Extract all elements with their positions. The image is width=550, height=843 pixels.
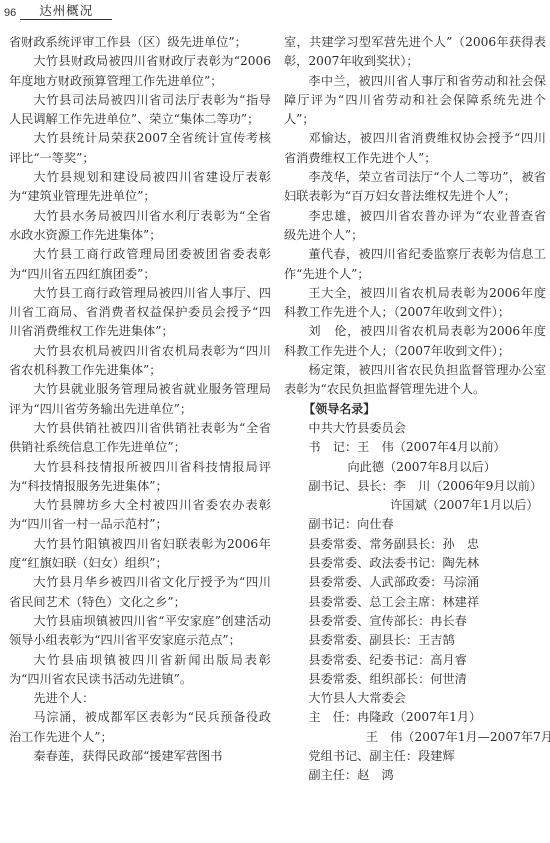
- paragraph: 秦春莲，获得民政部“援建军营图书: [9, 747, 271, 766]
- left-column: 省财政系统评审工作县（区）级先进单位”； 大竹县财政局被四川省财政厅表彰为“20…: [9, 33, 271, 766]
- paragraph: 省财政系统评审工作县（区）级先进单位”；: [9, 33, 271, 52]
- running-title: 达州概况: [20, 4, 112, 20]
- paragraph: 大竹县司法局被四川省司法厅表彰为“指导人民调解工作先进单位”、荣立“集体二等功”…: [9, 91, 271, 130]
- leader-entry: 向此德（2007年8月以后）: [284, 458, 546, 477]
- paragraph: 大竹县工商行政管理局团委被团省委表彰为“四川省五四红旗团委”；: [9, 245, 271, 284]
- paragraph: 大竹县供销社被四川省供销社表彰为“全省供销社系统信息工作先进单位”；: [9, 419, 271, 458]
- leader-entry: 县委常委、常务副县长：孙 忠: [284, 535, 546, 554]
- right-column: 室，共建学习型军营先进个人”（2006年获得表彰，2007年收到奖状）； 李中兰…: [284, 33, 546, 786]
- paragraph: 大竹县农机局被四川省农机局表彰为“四川省农机科教工作先进集体”；: [9, 342, 271, 381]
- paragraph: 邓愉达，被四川省消费维权协会授予“四川省消费维权工作先进个人”；: [284, 129, 546, 168]
- paragraph: 大竹县规划和建设局被四川省建设厅表彰为“建筑业管理先进单位”；: [9, 168, 271, 207]
- paragraph: 马淙涌，被成都军区表彰为“民兵预备役政治工作先进个人”；: [9, 708, 271, 747]
- paragraph: 李中兰，被四川省人事厅和省劳动和社会保障厅评为“四川省劳动和社会保障系统先进个人…: [284, 72, 546, 130]
- paragraph: 大竹县科技情报所被四川省科技情报局评为“科技情报服务先进集体”；: [9, 458, 271, 497]
- leader-entry: 许国斌（2007年1月以后）: [284, 496, 546, 515]
- leader-entry: 县委常委、纪委书记：高月睿: [284, 651, 546, 670]
- subheading-advanced-individuals: 先进个人：: [9, 689, 271, 708]
- paragraph: 李忠雄，被四川省农普办评为“农业普查省级先进个人”；: [284, 207, 546, 246]
- page-header: 96 达州概况: [4, 2, 112, 20]
- paragraph: 大竹县统计局荣获2007全省统计宣传考核评比“一等奖”；: [9, 129, 271, 168]
- leader-entry: 县委常委、副县长：王吉鹄: [284, 631, 546, 650]
- paragraph: 大竹县庙坝镇被四川省“平安家庭”创建活动领导小组表彰为“四川省平安家庭示范点”；: [9, 612, 271, 651]
- leader-entry: 王 伟（2007年1月—2007年7月）: [284, 728, 546, 747]
- leader-entry: 副书记：向仕春: [284, 515, 546, 534]
- paragraph: 大竹县财政局被四川省财政厅表彰为“2006年度地方财政预算管理工作先进单位”；: [9, 52, 271, 91]
- org-name: 大竹县人大常委会: [284, 689, 546, 708]
- leader-entry: 县委常委、总工会主席：林建祥: [284, 593, 546, 612]
- paragraph: 大竹县月华乡被四川省文化厅授予为“四川省民间艺术（特色）文化之乡”；: [9, 573, 271, 612]
- org-name: 中共大竹县委员会: [284, 419, 546, 438]
- paragraph: 大竹县水务局被四川省水利厅表彰为“全省水政水资源工作先进集体”；: [9, 207, 271, 246]
- paragraph: 大竹县牌坊乡大全村被四川省委农办表彰为“四川省一村一品示范村”；: [9, 496, 271, 535]
- paragraph: 大竹县竹阳镇被四川省妇联表彰为2006年度“红旗妇联（妇女）组织”；: [9, 535, 271, 574]
- page-number: 96: [4, 6, 16, 20]
- leader-entry: 书 记：王 伟（2007年4月以前）: [284, 438, 546, 457]
- leader-entry: 党组书记、副主任：段建辉: [284, 747, 546, 766]
- leader-entry: 县委常委、组织部长：何世清: [284, 670, 546, 689]
- paragraph: 大竹县工商行政管理局被四川省人事厅、四川省工商局、省消费者权益保护委员会授予“四…: [9, 284, 271, 342]
- section-title-leadership: 【领导名录】: [284, 400, 546, 419]
- paragraph: 董代春，被四川省纪委监察厅表彰为信息工作“先进个人”；: [284, 245, 546, 284]
- leader-entry: 主 任：冉隆政（2007年1月）: [284, 708, 546, 727]
- leader-entry: 县委常委、宣传部长：冉长春: [284, 612, 546, 631]
- leader-entry: 县委常委、政法委书记：陶先林: [284, 554, 546, 573]
- leader-entry: 副书记、县长：李 川（2006年9月以前）: [284, 477, 546, 496]
- paragraph: 杨定策，被四川省农民负担监督管理办公室表彰为“农民负担监督管理先进个人。: [284, 361, 546, 400]
- leader-entry: 副主任：赵 鸿: [284, 766, 546, 785]
- paragraph: 大竹县就业服务管理局被省就业服务管理局评为“四川省劳务输出先进单位”；: [9, 380, 271, 419]
- paragraph: 李茂华，荣立省司法厅“个人二等功”，被省妇联表彰为“百万妇女普法维权先进个人”；: [284, 168, 546, 207]
- paragraph: 王大全，被四川省农机局表彰为2006年度科教工作先进个人；（2007年收到文件）…: [284, 284, 546, 323]
- paragraph: 大竹县庙坝镇被四川省新闻出版局表彰为“四川省农民读书活动先进镇”。: [9, 651, 271, 690]
- paragraph: 室，共建学习型军营先进个人”（2006年获得表彰，2007年收到奖状）；: [284, 33, 546, 72]
- paragraph: 刘 伦，被四川省农机局表彰为2006年度科教工作先进个人；（2007年收到文件）…: [284, 322, 546, 361]
- leader-entry: 县委常委、人武部政委：马淙涌: [284, 573, 546, 592]
